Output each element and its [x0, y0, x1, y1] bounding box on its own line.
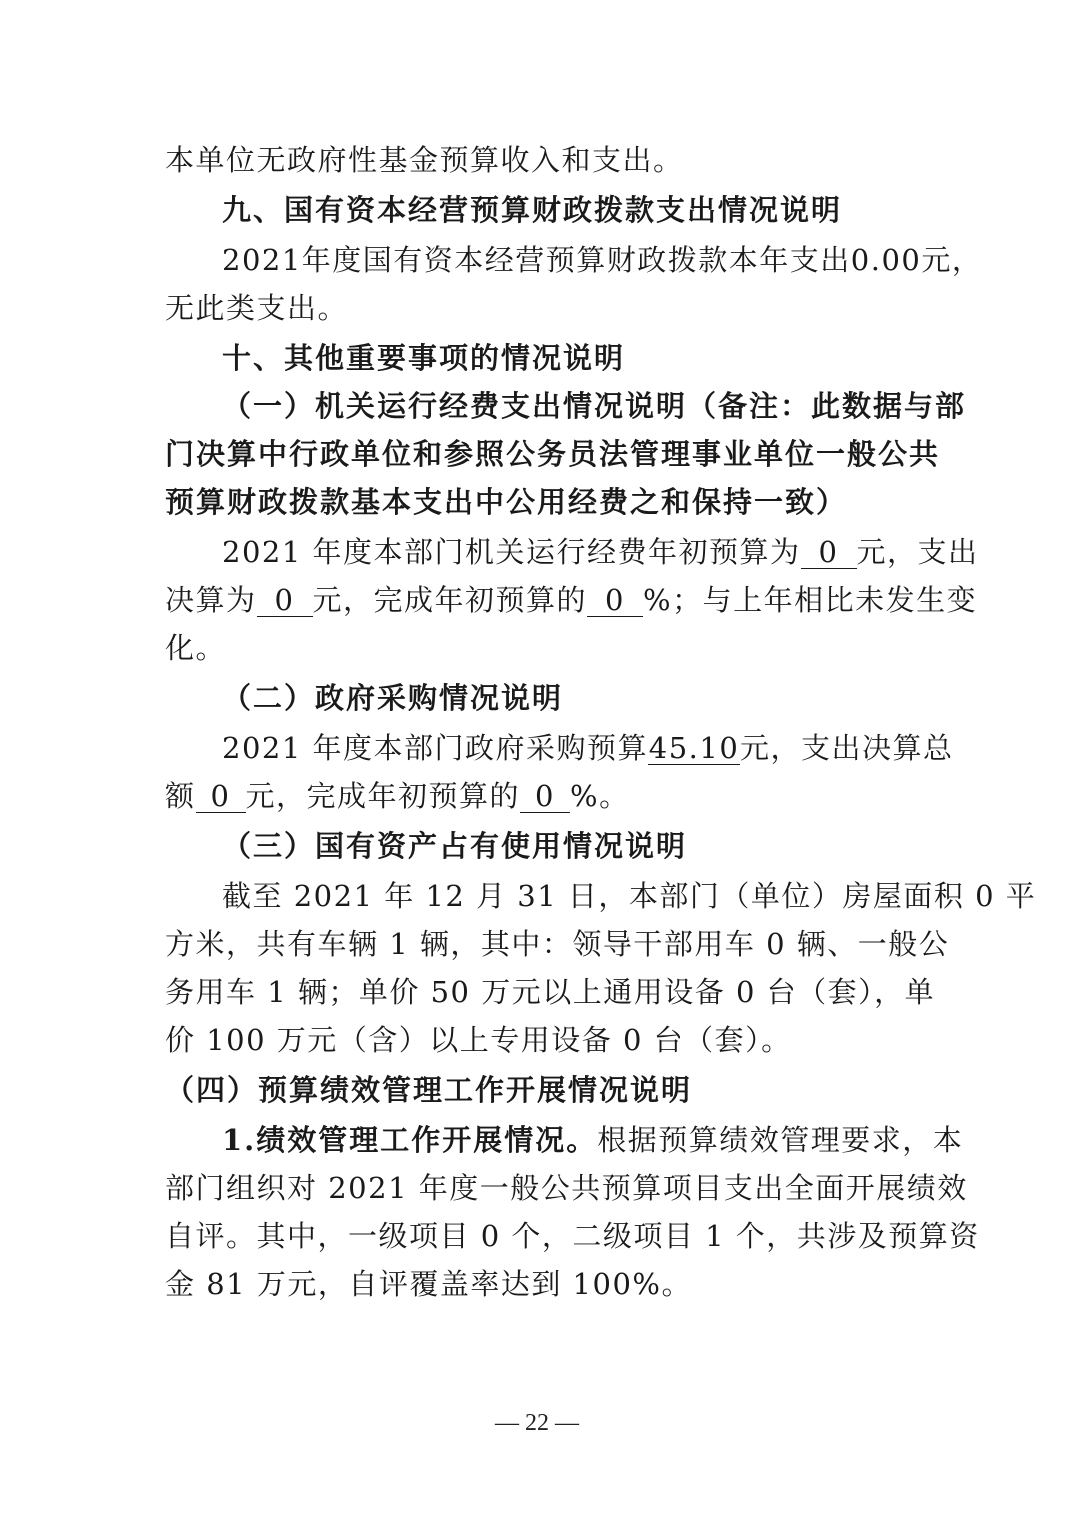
performance-line4: 金 81 万元，自评覆盖率达到 100%。	[165, 1264, 915, 1304]
procurement-text: 2021 年度本部门政府采购预算	[222, 731, 648, 765]
performance-line2: 部门组织对 2021 年度一般公共预算项目支出全面开展绩效	[165, 1168, 915, 1208]
operating-completion-pct: 0	[587, 584, 643, 617]
heading-operating-expenses-line3: 预算财政拨款基本支出中公用经费之和保持一致）	[165, 482, 915, 522]
paragraph-no-government-fund: 本单位无政府性基金预算收入和支出。	[165, 140, 915, 180]
assets-line1: 截至 2021 年 12 月 31 日，本部门（单位）房屋面积 0 平	[222, 876, 972, 916]
heading-assets: （三）国有资产占有使用情况说明	[222, 826, 972, 866]
performance-text: 根据预算绩效管理要求，本	[597, 1123, 963, 1157]
procurement-text: %。	[570, 779, 630, 813]
heading-section-9: 九、国有资本经营预算财政拨款支出情况说明	[222, 190, 972, 230]
operating-expenses-line1: 2021 年度本部门机关运行经费年初预算为0元，支出	[222, 532, 972, 572]
performance-line3: 自评。其中，一级项目 0 个，二级项目 1 个，共涉及预算资	[165, 1216, 915, 1256]
heading-section-10: 十、其他重要事项的情况说明	[222, 338, 972, 378]
page-number: — 22 —	[0, 1410, 1074, 1437]
performance-item1-title: 1.绩效管理工作开展情况。	[222, 1123, 597, 1157]
operating-actual-value: 0	[257, 584, 313, 617]
paragraph-section-9-line2: 无此类支出。	[165, 288, 915, 328]
operating-expenses-text: %；与上年相比未发生变	[643, 583, 977, 617]
procurement-budget-value: 45.10	[648, 732, 740, 765]
procurement-line2: 额0元，完成年初预算的0%。	[165, 776, 915, 816]
procurement-completion-pct: 0	[520, 780, 570, 813]
assets-line3: 务用车 1 辆；单价 50 万元以上通用设备 0 台（套），单	[165, 972, 915, 1012]
procurement-line1: 2021 年度本部门政府采购预算45.10元，支出决算总	[222, 728, 972, 768]
performance-line1: 1.绩效管理工作开展情况。根据预算绩效管理要求，本	[222, 1120, 972, 1160]
operating-expenses-text: 2021 年度本部门机关运行经费年初预算为	[222, 535, 801, 569]
heading-operating-expenses-line2: 门决算中行政单位和参照公务员法管理事业单位一般公共	[165, 434, 915, 474]
operating-expenses-text: 元，完成年初预算的	[313, 583, 588, 617]
operating-expenses-line2: 决算为0元，完成年初预算的0%；与上年相比未发生变	[165, 580, 915, 620]
procurement-text: 元，支出决算总	[740, 731, 954, 765]
assets-line4: 价 100 万元（含）以上专用设备 0 台（套）。	[165, 1020, 915, 1060]
heading-performance: （四）预算绩效管理工作开展情况说明	[165, 1070, 915, 1110]
paragraph-section-9-line1: 2021年度国有资本经营预算财政拨款本年支出0.00元，	[222, 240, 972, 280]
procurement-actual-value: 0	[196, 780, 246, 813]
heading-operating-expenses-line1: （一）机关运行经费支出情况说明（备注：此数据与部	[222, 386, 972, 426]
operating-budget-value: 0	[801, 536, 857, 569]
operating-expenses-text: 元，支出	[857, 535, 979, 569]
heading-procurement: （二）政府采购情况说明	[222, 678, 972, 718]
procurement-text: 元，完成年初预算的	[246, 779, 521, 813]
procurement-text: 额	[165, 779, 196, 813]
document-page: 本单位无政府性基金预算收入和支出。 九、国有资本经营预算财政拨款支出情况说明 2…	[0, 0, 1074, 1520]
operating-expenses-text: 决算为	[165, 583, 257, 617]
assets-line2: 方米，共有车辆 1 辆，其中：领导干部用车 0 辆、一般公	[165, 924, 915, 964]
operating-expenses-line3: 化。	[165, 628, 915, 668]
